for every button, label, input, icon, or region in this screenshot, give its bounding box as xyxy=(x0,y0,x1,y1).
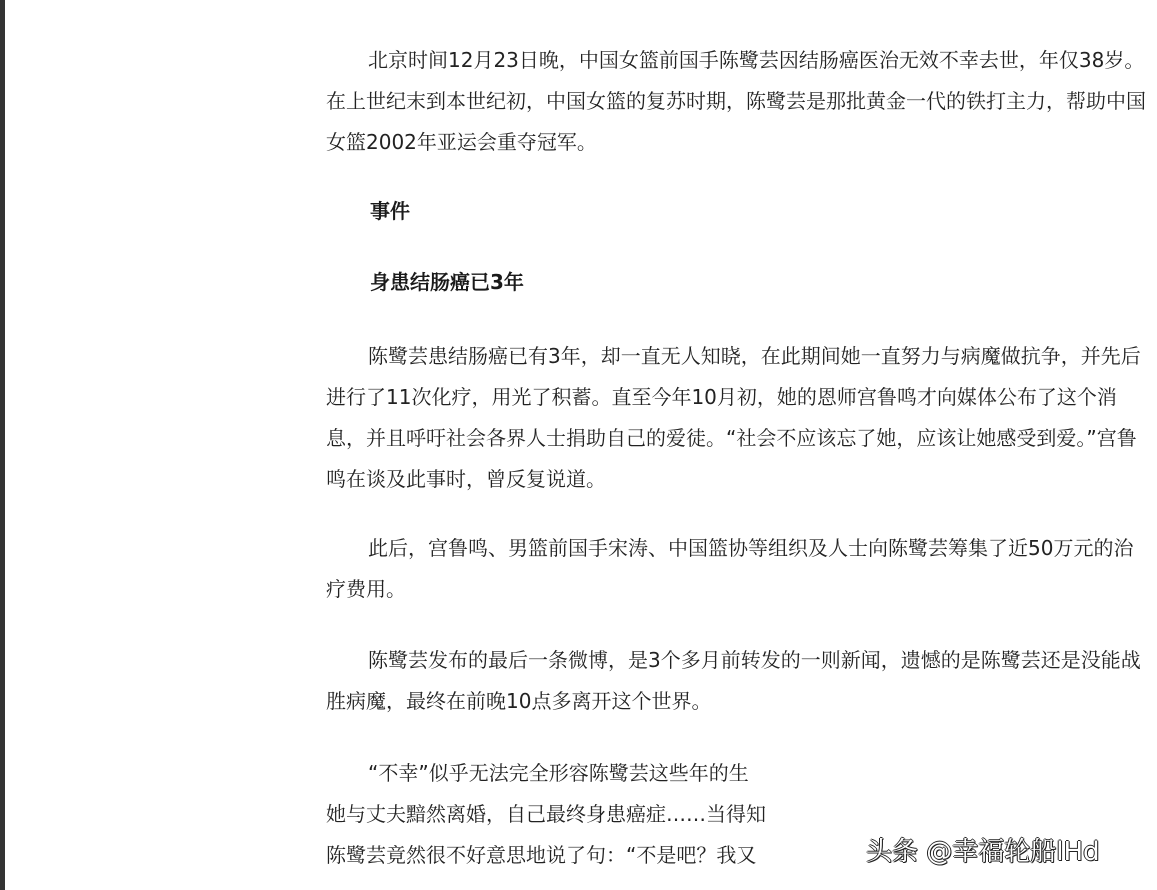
window-edge-bar xyxy=(0,0,5,890)
article-paragraph-last-weibo: 陈鹭芸发布的最后一条微博，是3个多月前转发的一则新闻，遗憾的是陈鹭芸还是没能战胜… xyxy=(326,640,1148,722)
truncated-line: 陈鹭芸竟然很不好意思地说了句：“不是吧？我又 xyxy=(326,835,808,876)
section-heading-event: 事件 xyxy=(326,191,410,232)
article-paragraph-fundraising: 此后，宫鲁鸣、男篮前国手宋涛、中国篮协等组织及人士向陈鹭芸筹集了近50万元的治疗… xyxy=(326,528,1148,610)
article-paragraph-illness: 陈鹭芸患结肠癌已有3年，却一直无人知晓，在此期间她一直努力与病魔做抗争，并先后进… xyxy=(326,336,1148,500)
article-paragraph-truncated: “不幸”似乎无法完全形容陈鹭芸这些年的生 她与丈夫黯然离婚，自己最终身患癌症……… xyxy=(326,753,808,883)
article-paragraph-intro: 北京时间12月23日晚，中国女篮前国手陈鹭芸因结肠癌医治无效不幸去世，年仅38岁… xyxy=(326,40,1148,163)
truncated-line: 她与丈夫黯然离婚，自己最终身患癌症……当得知 xyxy=(326,794,808,835)
truncated-line: “不幸”似乎无法完全形容陈鹭芸这些年的生 xyxy=(326,753,808,794)
source-watermark: 头条 @幸福轮船lHd xyxy=(866,834,1100,870)
section-subheading-illness: 身患结肠癌已3年 xyxy=(326,262,524,303)
